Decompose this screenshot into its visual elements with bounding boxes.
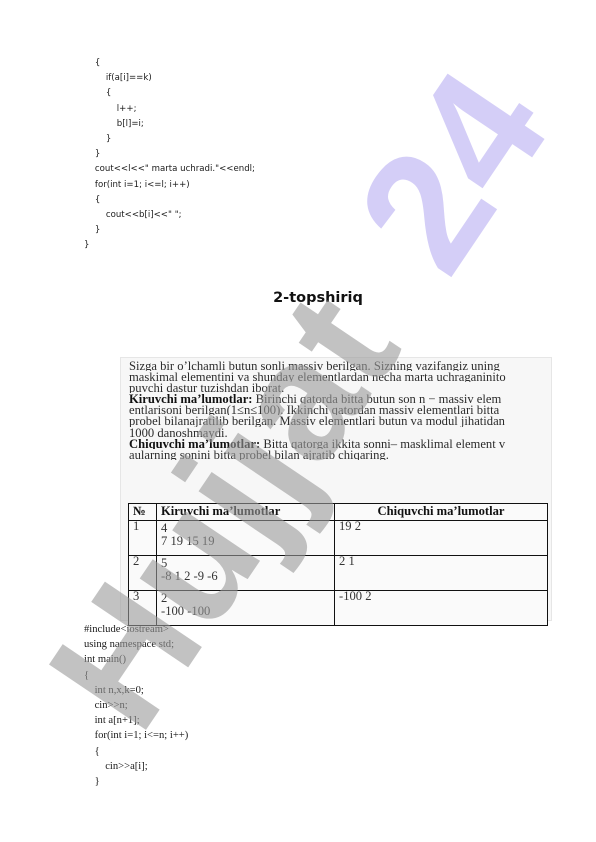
- header-output: Chiquvchi ma’lumotlar: [335, 504, 548, 521]
- code-line: for(int i=1; i<=l; i++): [84, 178, 255, 193]
- code-line: using namespace std;: [84, 637, 188, 652]
- row-input: 47 19 15 19: [157, 521, 335, 556]
- code-line: }: [84, 147, 255, 162]
- input-line: 5: [161, 556, 330, 569]
- code-line: cout<<l<<" marta uchradi."<<endl;: [84, 162, 255, 177]
- code-line: {: [84, 193, 255, 208]
- input-spec-line: probel bilanajratilib berilgan. Massiv e…: [129, 415, 553, 426]
- row-output: -100 2: [335, 591, 548, 626]
- code-line: cin>>a[i];: [84, 759, 188, 774]
- row-number: 2: [129, 556, 157, 591]
- code-block-top: { if(a[i]==k) { l++; b[l]=i; } } cout<<l…: [84, 56, 255, 253]
- output-spec-line: Chiquvchi ma’lumotlar: Bitta qatorga ikk…: [129, 438, 553, 449]
- header-number: №: [129, 504, 157, 521]
- output-spec-line: aularning sonini bitta probel bilan ajra…: [129, 449, 553, 460]
- section-title: 2-topshiriq: [0, 290, 596, 306]
- input-label: Kiruvchi ma’lumotlar:: [129, 393, 252, 404]
- row-number: 1: [129, 521, 157, 556]
- table-row: 1 47 19 15 19 19 2: [129, 521, 548, 556]
- row-input: 2-100 -100: [157, 591, 335, 626]
- code-line: }: [84, 774, 188, 789]
- code-line: #include<iostream>: [84, 622, 188, 637]
- code-line: int n,x,k=0;: [84, 683, 188, 698]
- row-output: 2 1: [335, 556, 548, 591]
- row-number: 3: [129, 591, 157, 626]
- code-line: {: [84, 56, 255, 71]
- output-label: Chiquvchi ma’lumotlar:: [129, 438, 260, 449]
- header-input: Kiruvchi ma’lumotlar: [157, 504, 335, 521]
- input-line: 4: [161, 521, 330, 534]
- input-spec-line: Kiruvchi ma’lumotlar: Birinchi qatorda b…: [129, 393, 553, 404]
- output-spec-text: Bitta qatorga ikkita sonni– masklimal el…: [260, 438, 505, 449]
- row-output: 19 2: [335, 521, 548, 556]
- code-line: if(a[i]==k): [84, 71, 255, 86]
- code-line: cout<<b[i]<<" ";: [84, 208, 255, 223]
- input-line: -100 -100: [161, 604, 330, 617]
- table-row: 3 2-100 -100 -100 2: [129, 591, 548, 626]
- examples-table: № Kiruvchi ma’lumotlar Chiquvchi ma’lumo…: [128, 503, 548, 626]
- code-line: for(int i=1; i<=n; i++): [84, 728, 188, 743]
- code-line: int main(): [84, 652, 188, 667]
- code-line: }: [84, 223, 255, 238]
- table-row: 2 5-8 1 2 -9 -6 2 1: [129, 556, 548, 591]
- input-spec-text: Birinchi qatorda bitta butun son n − mas…: [252, 393, 501, 404]
- table-header-row: № Kiruvchi ma’lumotlar Chiquvchi ma’lumo…: [129, 504, 548, 521]
- code-line: b[l]=i;: [84, 117, 255, 132]
- description-line: puvchi dastur tuzishdan iborat.: [129, 382, 553, 393]
- row-input: 5-8 1 2 -9 -6: [157, 556, 335, 591]
- input-line: 2: [161, 591, 330, 604]
- code-line: }: [84, 238, 255, 253]
- code-line: {: [84, 86, 255, 101]
- input-line: 7 19 15 19: [161, 534, 330, 547]
- task-statement-box: Sizga bir o’lchamli butun sonli massiv b…: [120, 357, 552, 621]
- input-spec-line: entlarisoni berilgan(1≤n≤100). Ikkinchi …: [129, 404, 553, 415]
- code-line: int a[n+1];: [84, 713, 188, 728]
- task-text: Sizga bir o’lchamli butun sonli massiv b…: [129, 360, 553, 460]
- watermark-text-number: 24: [321, 40, 584, 303]
- code-line: }: [84, 132, 255, 147]
- code-line: {: [84, 744, 188, 759]
- input-spec-line: 1000 danoshmaydi.: [129, 427, 553, 438]
- description-line: Sizga bir o’lchamli butun sonli massiv b…: [129, 360, 553, 371]
- input-line: -8 1 2 -9 -6: [161, 569, 330, 582]
- code-line: l++;: [84, 102, 255, 117]
- code-line: {: [84, 668, 188, 683]
- code-block-bottom: #include<iostream> using namespace std; …: [84, 622, 188, 789]
- description-line: maskimal elementini va shunday elementla…: [129, 371, 553, 382]
- code-line: cin>>n;: [84, 698, 188, 713]
